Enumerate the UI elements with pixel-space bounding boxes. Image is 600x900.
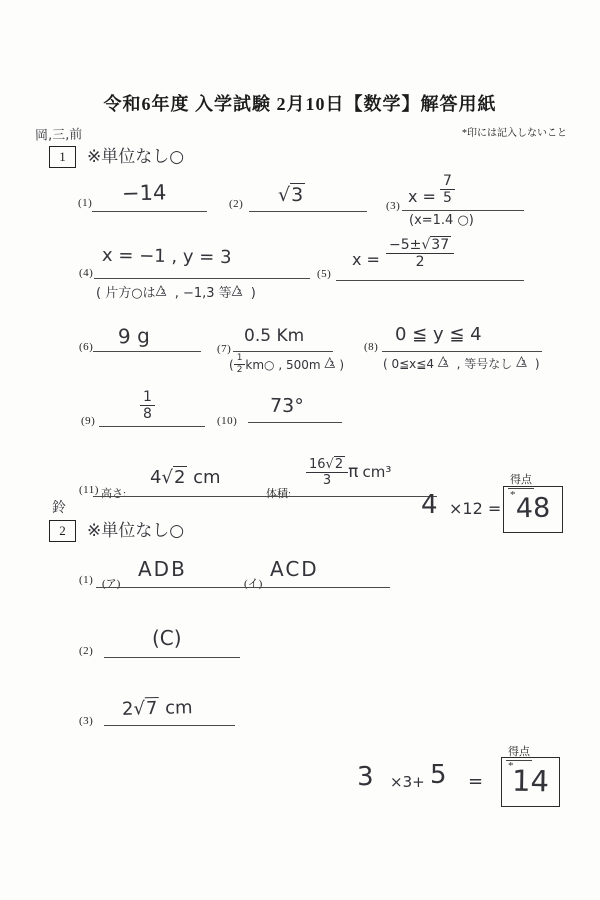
- q3-numerator: 7: [440, 174, 455, 189]
- q4-subnote-pre: ( 片方○は: [96, 286, 156, 301]
- q2-answer: √3: [278, 184, 305, 206]
- q7-subnote: (12km○ , 500m △2): [229, 354, 344, 376]
- section2-score-value: 14: [502, 764, 560, 799]
- section2-unit-note: ※単位なし○: [87, 516, 184, 541]
- q11-vol-radicand: 2: [334, 456, 345, 472]
- q2-radicand: 3: [290, 183, 305, 206]
- q3-answer-prefix: x =: [408, 187, 436, 206]
- section1-score-expression: ×12 =: [449, 499, 501, 518]
- section2-score-equals: =: [468, 771, 483, 792]
- section1-score-box: * 48: [503, 486, 563, 533]
- section1-unit-note: ※単位なし○: [87, 142, 184, 167]
- s2-q3-radicand: 7: [145, 697, 160, 719]
- q5-label: (5): [317, 268, 331, 280]
- triangle-value: 2: [237, 289, 241, 296]
- annotation-note: *印には記入しないこと: [462, 124, 567, 139]
- q11-height-radicand: 2: [173, 466, 187, 488]
- s2-q3-answer-line: [104, 725, 235, 726]
- q9-label: (9): [81, 415, 95, 427]
- q11-answer-line: [93, 496, 437, 497]
- q2-label: (2): [229, 198, 243, 210]
- q5-numerator: −5±√37: [386, 238, 454, 253]
- q8-answer: 0 ≦ y ≦ 4: [395, 324, 482, 345]
- q5-radicand: 37: [430, 236, 451, 253]
- sqrt-sign: √: [421, 237, 430, 253]
- q6-answer: 9 g: [118, 324, 150, 349]
- answer-sheet-page: 令和6年度 入学試験 2月10日【数学】解答用紙 *印には記入しないこと 岡,三…: [0, 0, 600, 900]
- q8-subnote-post: ): [531, 357, 540, 371]
- s2-q1-label: (1): [79, 574, 93, 586]
- q5-answer-line: [336, 280, 524, 281]
- section2-score-points: 3: [357, 762, 374, 792]
- q8-subnote: ( 0≦x≦4 △2 , 等号なし △2 ): [383, 355, 540, 372]
- q9-answer-fraction: 18: [140, 390, 155, 423]
- q10-answer-line: [248, 422, 342, 423]
- partial-credit-triangle-mark: △2: [438, 355, 453, 370]
- q7-sub-frac-num: 1: [234, 354, 246, 364]
- q11-height-answer: 4√2 cm: [150, 467, 221, 488]
- q3-label: (3): [386, 200, 400, 212]
- q11-vol-denominator: 3: [306, 472, 348, 489]
- q3-answer-line: [402, 210, 524, 211]
- q4-subnote-post: ): [247, 286, 256, 301]
- triangle-value: 2: [161, 289, 165, 296]
- q2-answer-line: [249, 211, 367, 212]
- q11-volume-answer: 16√23π cm³: [306, 458, 391, 489]
- section2-score-box: * 14: [501, 757, 560, 807]
- q8-answer-line: [382, 351, 542, 352]
- q11-height-label: 高さ:: [101, 485, 126, 501]
- sqrt-sign: √: [326, 457, 334, 472]
- q4-answer-line: [94, 278, 310, 279]
- q11-height-coef: 4: [150, 467, 161, 488]
- q3-answer-fraction: 75: [440, 174, 455, 207]
- q11-height-unit: cm: [193, 467, 220, 488]
- q5-denominator: 2: [386, 253, 454, 271]
- q3-subnote: (x=1.4 ○): [409, 213, 474, 228]
- s2-q3-label: (3): [79, 715, 93, 727]
- q11-vol-unit: cm³: [363, 463, 392, 481]
- q7-answer: 0.5 Km: [244, 326, 304, 346]
- q11-vol-numerator: 16√2: [306, 458, 348, 472]
- section1-score-value: 48: [504, 492, 563, 524]
- q6-answer-line: [93, 351, 201, 352]
- partial-credit-triangle-mark: △2: [324, 356, 339, 371]
- q8-subnote-pre: ( 0≦x≦4: [383, 357, 438, 371]
- s2-q1-part-a-label: (ア): [102, 575, 120, 591]
- q7-answer-line: [233, 351, 333, 352]
- q3-denominator: 5: [440, 189, 455, 207]
- partial-credit-triangle-mark: △2: [156, 284, 171, 299]
- s2-q2-answer-line: [104, 657, 240, 658]
- q7-subnote-close: ): [339, 358, 344, 372]
- q9-numerator: 1: [140, 390, 155, 405]
- q1-label: (1): [78, 197, 92, 209]
- sqrt-sign: √: [133, 698, 145, 719]
- s2-q1-answer-b: ACD: [270, 557, 319, 581]
- handwritten-section2-memo: 鈴: [52, 497, 66, 517]
- q1-answer: −14: [122, 180, 167, 205]
- q5-numerator-pre: −5±: [389, 237, 421, 253]
- q4-label: (4): [79, 267, 93, 279]
- q9-answer-line: [99, 426, 205, 427]
- section1-number-box: 1: [49, 146, 76, 168]
- partial-credit-triangle-mark: △2: [516, 355, 531, 370]
- s2-q2-label: (2): [79, 645, 93, 657]
- q10-answer: 73°: [270, 395, 304, 418]
- s2-q3-unit: cm: [165, 697, 193, 719]
- triangle-value: 2: [443, 360, 447, 367]
- s2-q1-answer-line: [96, 587, 390, 588]
- s2-q3-answer: 2√7 cm: [122, 697, 193, 720]
- q11-vol-coef: 16: [309, 457, 326, 472]
- q1-answer-line: [92, 211, 207, 212]
- q10-label: (10): [217, 415, 237, 427]
- q5-answer-fraction: −5±√372: [386, 238, 454, 271]
- page-title: 令和6年度 入学試験 2月10日【数学】解答用紙: [0, 90, 600, 116]
- q4-answer: x = −1 , y = 3: [102, 245, 232, 268]
- q4-subnote: ( 片方○は△2 , −1,3 等△2 ): [96, 282, 256, 301]
- q4-subnote-mid: , −1,3 等: [171, 286, 232, 301]
- partial-credit-triangle-mark: △2: [232, 284, 247, 299]
- sqrt-sign: √: [161, 467, 172, 488]
- q7-subnote-mid: km○ , 500m: [245, 358, 324, 372]
- q6-label: (6): [79, 341, 93, 353]
- q8-subnote-mid: , 等号なし: [453, 357, 516, 371]
- q11-label: (11): [79, 484, 99, 496]
- q5-answer-prefix: x =: [352, 250, 380, 269]
- triangle-value: 2: [330, 361, 334, 368]
- section2-number-box: 2: [49, 520, 76, 542]
- s2-q2-answer: (C): [152, 626, 182, 650]
- handwritten-name-memo: 岡,三,前: [35, 123, 83, 143]
- s2-q1-part-b-label: (イ): [244, 575, 262, 591]
- q9-denominator: 8: [140, 405, 155, 423]
- section2-score-expression: ×3+: [390, 773, 425, 791]
- sqrt-sign: √: [278, 184, 290, 206]
- q7-sub-frac-den: 2: [234, 364, 246, 376]
- q11-volume-label: 体積:: [266, 485, 291, 501]
- triangle-value: 2: [521, 360, 525, 367]
- q11-vol-pi: π: [348, 462, 358, 482]
- s2-q1-answer-a: ADB: [138, 557, 187, 581]
- section2-score-bonus: 5: [430, 760, 447, 790]
- section1-score-points: 4: [421, 490, 438, 520]
- q8-label: (8): [364, 341, 378, 353]
